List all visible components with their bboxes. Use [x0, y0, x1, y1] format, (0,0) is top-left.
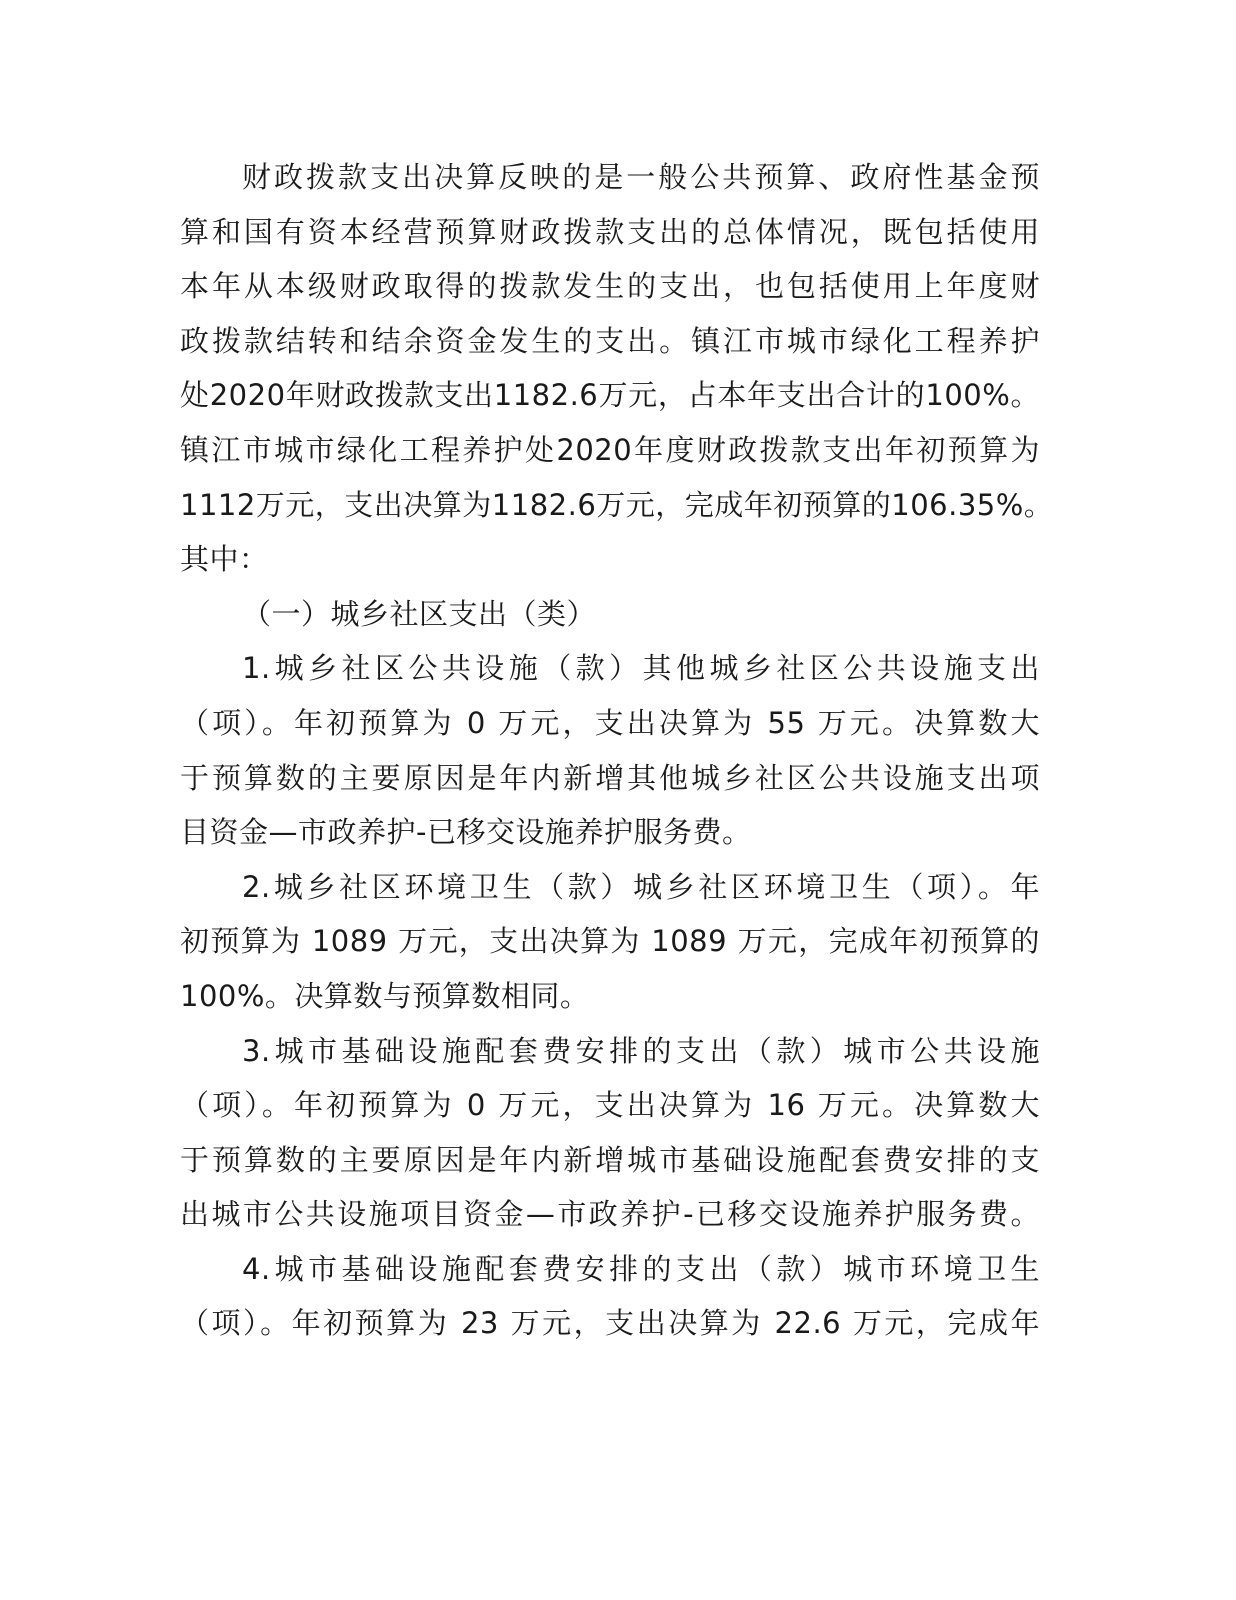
paragraph-item-3: 3.城市基础设施配套费安排的支出（款）城市公共设施 （项）。年初预算为 0 万元… [180, 1024, 1040, 1242]
text-line: 本年从本级财政取得的拨款发生的支出，也包括使用上年度财 [180, 259, 1040, 314]
text-line: 1.城乡社区公共设施（款）其他城乡社区公共设施支出 [180, 641, 1040, 696]
text-line: 初预算为 1089 万元，支出决算为 1089 万元，完成年初预算的 [180, 914, 1040, 969]
text-line: 于预算数的主要原因是年内新增其他城乡社区公共设施支出项 [180, 751, 1040, 806]
text-line: （项）。年初预算为 23 万元，支出决算为 22.6 万元，完成年 [180, 1296, 1040, 1351]
text-line: 出城市公共设施项目资金—市政养护-已移交设施养护服务费。 [180, 1187, 1040, 1242]
paragraph-item-2: 2.城乡社区环境卫生（款）城乡社区环境卫生（项）。年 初预算为 1089 万元，… [180, 860, 1040, 1024]
text-line: 政拨款结转和结余资金发生的支出。镇江市城市绿化工程养护 [180, 314, 1040, 369]
text-line: 1112万元，支出决算为1182.6万元，完成年初预算的106.35%。 [180, 478, 1040, 533]
text-line: 4.城市基础设施配套费安排的支出（款）城市环境卫生 [180, 1242, 1040, 1297]
paragraph-item-4: 4.城市基础设施配套费安排的支出（款）城市环境卫生 （项）。年初预算为 23 万… [180, 1242, 1040, 1351]
document-body: 财政拨款支出决算反映的是一般公共预算、政府性基金预 算和国有资本经营预算财政拨款… [180, 150, 1040, 1351]
section-heading: （一）城乡社区支出（类） [180, 587, 1040, 642]
text-line: 100%。决算数与预算数相同。 [180, 969, 1040, 1024]
section-heading-text: （一）城乡社区支出（类） [180, 587, 1040, 642]
text-line: 目资金—市政养护-已移交设施养护服务费。 [180, 805, 1040, 860]
text-line: 财政拨款支出决算反映的是一般公共预算、政府性基金预 [180, 150, 1040, 205]
document-page: 财政拨款支出决算反映的是一般公共预算、政府性基金预 算和国有资本经营预算财政拨款… [0, 0, 1236, 1600]
text-line: （项）。年初预算为 0 万元，支出决算为 55 万元。决算数大 [180, 696, 1040, 751]
text-line: 镇江市城市绿化工程养护处2020年度财政拨款支出年初预算为 [180, 423, 1040, 478]
text-line: 算和国有资本经营预算财政拨款支出的总体情况，既包括使用 [180, 205, 1040, 260]
text-line: （项）。年初预算为 0 万元，支出决算为 16 万元。决算数大 [180, 1078, 1040, 1133]
text-line: 处2020年财政拨款支出1182.6万元，占本年支出合计的100%。 [180, 368, 1040, 423]
paragraph-intro: 财政拨款支出决算反映的是一般公共预算、政府性基金预 算和国有资本经营预算财政拨款… [180, 150, 1040, 587]
paragraph-item-1: 1.城乡社区公共设施（款）其他城乡社区公共设施支出 （项）。年初预算为 0 万元… [180, 641, 1040, 859]
text-line: 其中： [180, 532, 1040, 587]
text-line: 2.城乡社区环境卫生（款）城乡社区环境卫生（项）。年 [180, 860, 1040, 915]
text-line: 3.城市基础设施配套费安排的支出（款）城市公共设施 [180, 1024, 1040, 1079]
text-line: 于预算数的主要原因是年内新增城市基础设施配套费安排的支 [180, 1133, 1040, 1188]
